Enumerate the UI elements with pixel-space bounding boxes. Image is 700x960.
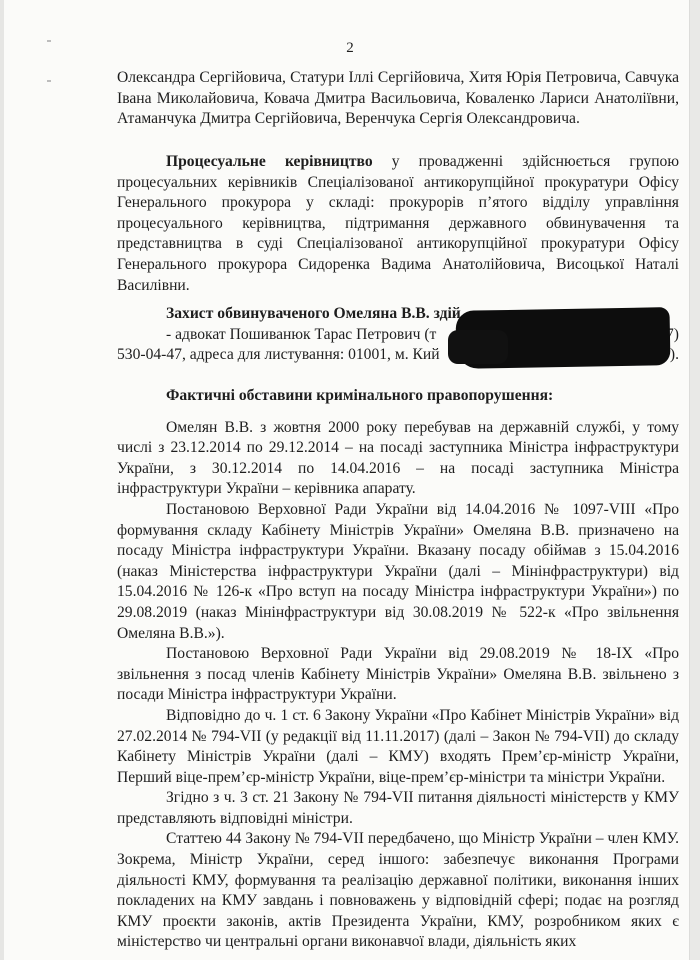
facts-paragraph: Статтею 44 Закону № 794-VII передбачено,…: [117, 829, 679, 953]
facts-paragraph: Омелян В.В. з жовтня 2000 року перебував…: [117, 418, 679, 500]
punch-mark: [47, 80, 51, 82]
defense-line1-start: - адвокат Пошиванюк Тарас Петрович (т: [166, 326, 436, 343]
punch-mark: [47, 40, 51, 42]
page-left-edge: [0, 0, 4, 960]
page-right-edge: [689, 0, 700, 960]
redaction-mark: [448, 330, 508, 364]
page-number: 2: [0, 40, 700, 57]
names-paragraph: Олександра Сергійовича, Статури Іллі Сер…: [117, 68, 679, 130]
procedural-paragraph: Процесуальне керівництво у провадженні з…: [117, 152, 679, 296]
procedural-lead: Процесуальне керівництво: [166, 153, 373, 170]
defense-line2-start: 530-04-47, адреса для листування: 01001,…: [117, 346, 440, 363]
facts-paragraph: Постановою Верховної Ради України від 14…: [117, 500, 679, 644]
names-text: Олександра Сергійовича, Статури Іллі Сер…: [117, 68, 679, 130]
facts-paragraph: Відповідно до ч. 1 ст. 6 Закону України …: [117, 706, 679, 788]
facts-paragraph: Постановою Верховної Ради України від 29…: [117, 644, 679, 706]
facts-paragraph: Згідно з ч. 3 ст. 21 Закону № 794-VII пи…: [117, 788, 679, 829]
procedural-text: у провадженні здійснюється групою процес…: [117, 153, 679, 294]
facts-section: Фактичні обставини кримінального правопо…: [117, 386, 679, 953]
facts-heading: Фактичні обставини кримінального правопо…: [117, 386, 679, 407]
